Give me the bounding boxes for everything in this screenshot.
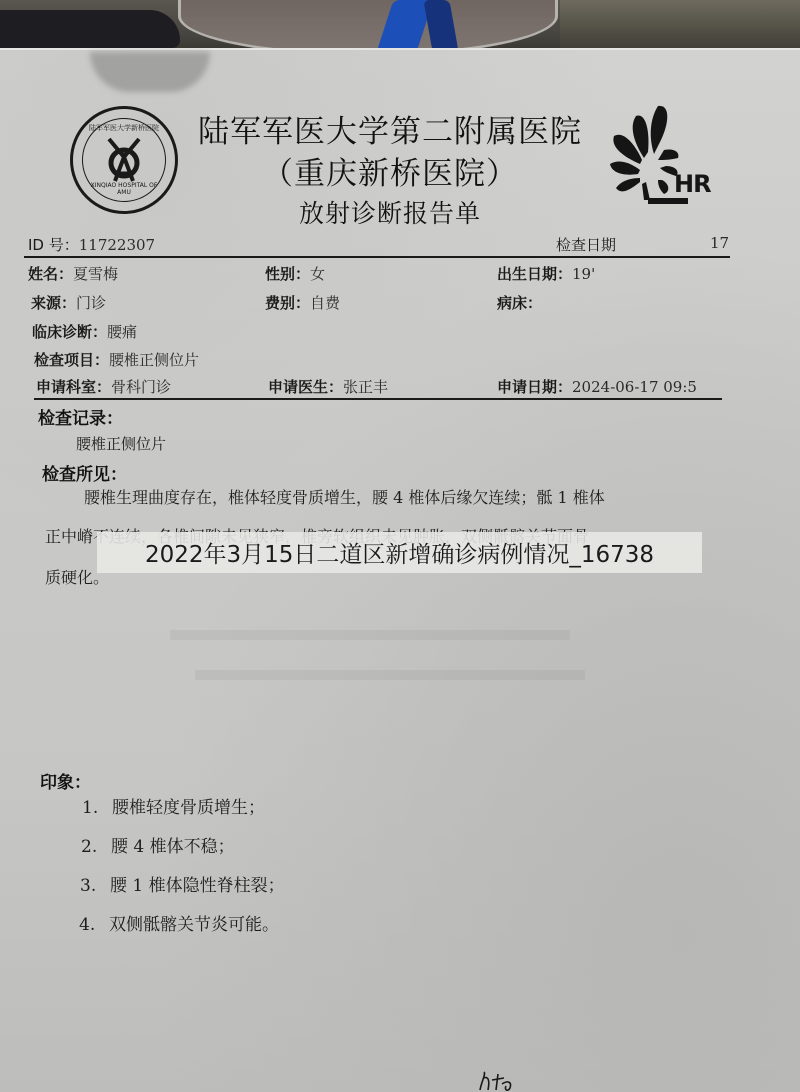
id-label: ID 号： <box>28 236 79 254</box>
impression-heading: 印象： <box>40 768 91 793</box>
diagnosis-value: 腰痛 <box>107 323 137 341</box>
request-date-value: 2024-06-17 09:5 <box>572 378 697 396</box>
impression-num: 2. <box>81 837 111 857</box>
impression-item: 2.腰 4 椎体不稳； <box>81 832 235 857</box>
gender-label: 性别： <box>265 265 310 283</box>
source-label: 来源： <box>31 294 76 312</box>
photo-stage: 陆军军医大学新桥医院 XINQIAO HOSPITAL OF AMU 陆军军医大… <box>0 0 800 1092</box>
exam-record-text: 腰椎正侧位片 <box>76 433 166 454</box>
doctor-label: 申请医生： <box>268 378 343 396</box>
impression-num: 4. <box>79 915 109 935</box>
hr-logo-icon: HR <box>608 102 728 206</box>
gender-value: 女 <box>310 265 325 283</box>
gender-row: 性别：女 <box>265 263 325 284</box>
impression-item: 3.腰 1 椎体隐性脊柱裂； <box>80 871 285 896</box>
name-label: 姓名： <box>28 265 73 283</box>
name-value: 夏雪梅 <box>73 265 118 283</box>
exam-record-heading: 检查记录： <box>38 404 123 429</box>
exam-date-row: 检查日期 <box>556 234 616 255</box>
impression-text: 腰椎轻度骨质增生； <box>112 798 265 818</box>
report-title: 放射诊断报告单 <box>190 194 590 230</box>
logo-text: HR <box>674 170 711 198</box>
seal-top-text: 陆军军医大学新桥医院 <box>83 123 165 133</box>
fee-label: 费别： <box>265 294 310 312</box>
impression-text: 腰 1 椎体隐性脊柱裂； <box>110 876 285 896</box>
bed-label: 病床： <box>497 294 542 312</box>
source-value: 门诊 <box>76 294 106 312</box>
dept-value: 骨科门诊 <box>111 378 171 396</box>
findings-line-1: 腰椎生理曲度存在，椎体轻度骨质增生，腰 4 椎体后缘欠连续；骶 1 椎体 <box>84 485 605 508</box>
bed-row: 病床： <box>497 292 542 313</box>
exam-date-value: 17 <box>710 234 729 252</box>
birth-label: 出生日期： <box>497 265 572 283</box>
divider-bottom <box>34 398 722 400</box>
hospital-name: 陆军军医大学第二附属医院 <box>190 106 590 151</box>
impression-item: 1.腰椎轻度骨质增生； <box>82 793 265 818</box>
birth-value: 19' <box>572 265 595 283</box>
fee-row: 费别：自费 <box>265 292 340 313</box>
dark-cloth <box>0 10 180 48</box>
source-row: 来源：门诊 <box>31 292 106 313</box>
dept-label: 申请科室： <box>36 378 111 396</box>
dept-row: 申请科室：骨科门诊 <box>36 376 171 397</box>
seal-emblem-icon <box>101 135 147 185</box>
hospital-seal-icon: 陆军军医大学新桥医院 XINQIAO HOSPITAL OF AMU <box>70 106 178 214</box>
seal-bottom-text: XINQIAO HOSPITAL OF AMU <box>83 182 165 196</box>
hospital-alias: （重庆新桥医院） <box>190 148 590 193</box>
request-date-label: 申请日期： <box>497 378 572 396</box>
divider-top <box>24 256 730 258</box>
signature-icon <box>474 1070 544 1092</box>
exam-date-label: 检查日期 <box>556 236 616 254</box>
impression-item: 4.双侧骶髂关节炎可能。 <box>79 910 279 935</box>
seal-inner-ring: 陆军军医大学新桥医院 XINQIAO HOSPITAL OF AMU <box>82 118 166 202</box>
exam-item-row: 检查项目：腰椎正侧位片 <box>34 349 199 370</box>
impression-text: 双侧骶髂关节炎可能。 <box>109 915 279 935</box>
findings-heading: 检查所见： <box>42 460 127 485</box>
exam-item-label: 检查项目： <box>34 351 109 369</box>
exam-item-value: 腰椎正侧位片 <box>109 351 199 369</box>
birth-row: 出生日期：19' <box>497 263 595 284</box>
impression-text: 腰 4 椎体不稳； <box>111 837 235 857</box>
show-through-text <box>170 630 570 640</box>
fee-value: 自费 <box>310 294 340 312</box>
exam-date-value-wrap: 17 <box>710 234 729 252</box>
background-object <box>560 0 800 52</box>
caption-banner: 2022年3月15日二道区新增确诊病例情况_16738 <box>97 532 702 573</box>
paper-shadow <box>90 52 210 92</box>
diagnosis-row: 临床诊断：腰痛 <box>32 321 137 342</box>
name-row: 姓名：夏雪梅 <box>28 263 118 284</box>
diagnosis-label: 临床诊断： <box>32 323 107 341</box>
impression-num: 1. <box>82 798 112 818</box>
impression-num: 3. <box>80 876 110 896</box>
show-through-text <box>195 670 585 680</box>
doctor-row: 申请医生：张正丰 <box>268 376 388 397</box>
id-value: 11722307 <box>79 236 155 254</box>
doctor-value: 张正丰 <box>343 378 388 396</box>
request-date-row: 申请日期：2024-06-17 09:5 <box>497 376 697 397</box>
id-row: ID 号：11722307 <box>28 234 155 255</box>
